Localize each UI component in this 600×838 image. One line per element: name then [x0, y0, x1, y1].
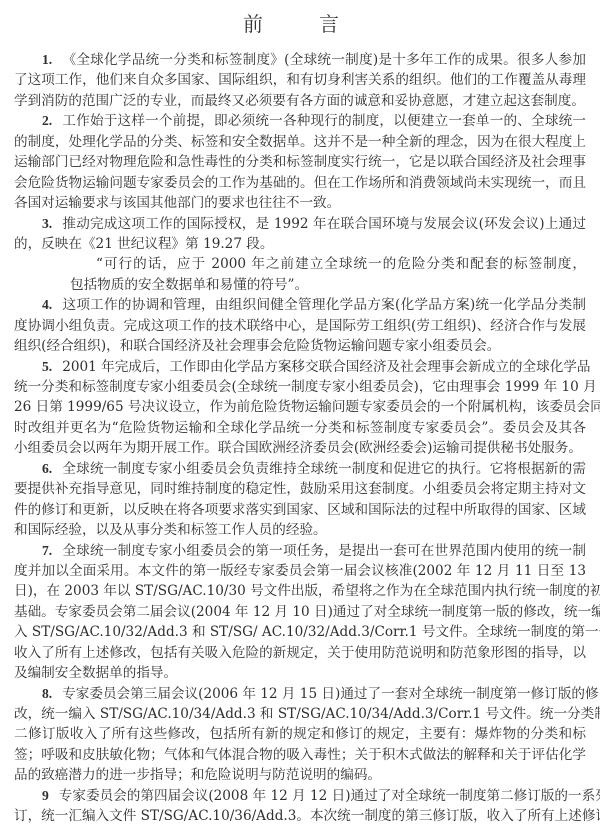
paragraph-line: 8.专家委员会第三届会议(2006 年 12 月 15 日)通过了一套对全球统一… [14, 684, 586, 704]
line-text: 小组委员会以两年为期开展工作。联合国欧洲经济委员会(欧洲经委会)运输司提供秘书处… [14, 440, 582, 456]
paragraph-number: 8. [42, 686, 52, 701]
line-text: 日)，在 2003 年以 ST/SG/AC.10/30 号文件出版，希望将之作为… [14, 583, 600, 599]
line-text: 品的致癌潜力的进一步指导；和危险说明与防范说明的编码。 [14, 767, 381, 783]
paragraph-line: 订，统一汇编入文件 ST/SG/AC.10/36/Add.3。本次统一制度的第三… [14, 806, 586, 826]
paragraph-number: 4. [42, 297, 52, 312]
paragraph-8: 8.专家委员会第三届会议(2006 年 12 月 15 日)通过了一套对全球统一… [14, 684, 586, 786]
line-text: 收入了所有上述修改，包括有关吸入危险的新规定，关于使用防范说明和防范象形图的指导… [14, 645, 586, 661]
line-text: 全球统一制度专家小组委员会的第一项任务，是提出一套可在世界范围内使用的统一制 [62, 543, 586, 559]
paragraph-line: 了这项工作，他们来自众多国家、国际组织，和有切身利害关系的组织。他们的工作覆盖从… [14, 70, 586, 90]
line-text: 了这项工作，他们来自众多国家、国际组织，和有切身利害关系的组织。他们的工作覆盖从… [14, 72, 586, 88]
line-text: 的，反映在《21 世纪议程》第 19.27 段。 [14, 236, 274, 252]
paragraph-line: 各国对运输要求与该国其他部门的要求也往往不一致。 [14, 193, 586, 213]
paragraph-number: 5. [42, 359, 52, 374]
line-text: 要提供补充指导意见，同时维持制度的稳定性，鼓励采用这套制度。小组委员会将定期主持… [14, 481, 586, 497]
paragraph-line: 及编制安全数据单的指导。 [14, 663, 586, 683]
paragraph-line: 的，反映在《21 世纪议程》第 19.27 段。 [14, 234, 586, 254]
paragraph-3: 3.推动完成这项工作的国际授权，是 1992 年在联合国环境与发展会议(环发会议… [14, 214, 586, 296]
document-page: 前 言 1.《全球化学品统一分类和标签制度》(全球统一制度)是十多年工作的成果。… [0, 0, 600, 838]
line-text: 订，统一汇编入文件 ST/SG/AC.10/36/Add.3。本次统一制度的第三… [14, 808, 600, 824]
block-quote-line: “可行的话，应于 2000 年之前建立全球统一的危险分类和配套的标签制度， [14, 254, 586, 274]
line-text: 工作始于这样一个前提，即必须统一各种现行的制度，以便建立一套单一的、全球统一 [62, 113, 586, 129]
line-text: 26 日第 1999/65 号决议设立，作为前危险货物运输问题专家委员会的一个附… [14, 399, 600, 415]
line-text: 签；呼吸和皮肤敏化物；气体和气体混合物的吸入毒性；关于积木式做法的解释和关于评估… [14, 747, 586, 763]
line-text: 和国际经验，以及从事分类和标签工作人员的经验。 [14, 522, 327, 538]
paragraph-1: 1.《全球化学品统一分类和标签制度》(全球统一制度)是十多年工作的成果。很多人参… [14, 50, 586, 111]
line-text: 二修订版收入了所有这些修改，包括所有新的规定和修订的规定，主要有：爆炸物的分类和… [14, 726, 586, 742]
line-text: 入 ST/SG/AC.10/32/Add.3 和 ST/SG/ AC.10/32… [14, 624, 600, 640]
paragraph-line: 5.2001 年完成后，工作即由化学品方案移交联合国经济及社会理事会新成立的全球… [14, 357, 586, 377]
paragraph-6: 6.全球统一制度专家小组委员会负责维持全球统一制度和促进它的执行。它将根据新的需… [14, 459, 586, 541]
paragraph-line: 度并加以全面采用。本文件的第一版经专家委员会第一届会议核准(2002 年 12 … [14, 561, 586, 581]
paragraph-number: 9 [42, 788, 49, 803]
line-text: 件的修订和更新，以反映在将各项要求落实到国家、区域和国际法的过程中所取得的国家、… [14, 502, 586, 518]
paragraph-5: 5.2001 年完成后，工作即由化学品方案移交联合国经济及社会理事会新成立的全球… [14, 357, 586, 459]
paragraph-2: 2.工作始于这样一个前提，即必须统一各种现行的制度，以便建立一套单一的、全球统一… [14, 111, 586, 213]
paragraph-line: 改，统一编入 ST/SG/AC.10/34/Add.3 和 ST/SG/AC.1… [14, 704, 586, 724]
page-title: 前 言 [0, 8, 600, 37]
paragraph-line: 基础。专家委员会第二届会议(2004 年 12 月 10 日)通过了对全球统一制… [14, 602, 586, 622]
line-text: 专家委员会的第四届会议(2008 年 12 月 12 日)通过了对全球统一制度第… [59, 788, 600, 804]
line-text: 2001 年完成后，工作即由化学品方案移交联合国经济及社会理事会新成立的全球化学… [62, 359, 590, 375]
paragraph-line: 统一分类和标签制度专家小组委员会(全球统一制度专家小组委员会)，它由理事会 19… [14, 377, 586, 397]
line-text: 统一分类和标签制度专家小组委员会(全球统一制度专家小组委员会)，它由理事会 19… [14, 379, 597, 395]
paragraph-line: 小组委员会以两年为期开展工作。联合国欧洲经济委员会(欧洲经委会)运输司提供秘书处… [14, 438, 586, 458]
line-text: 专家委员会第三届会议(2006 年 12 月 15 日)通过了一套对全球统一制度… [62, 686, 598, 702]
paragraph-line: 7.全球统一制度专家小组委员会的第一项任务，是提出一套可在世界范围内使用的统一制 [14, 541, 586, 561]
paragraph-line: 学到消防的范围广泛的专业，而最终又必须要有各方面的诚意和妥协意愿，才建立起这套制… [14, 91, 586, 111]
paragraph-line: 4.这项工作的协调和管理，由组织间健全管理化学品方案(化学品方案)统一化学品分类… [14, 295, 586, 315]
line-text: 的制度，处理化学品的分类、标签和安全数据单。这并不是一种全新的理念，因为在很大程… [14, 134, 586, 150]
paragraph-4: 4.这项工作的协调和管理，由组织间健全管理化学品方案(化学品方案)统一化学品分类… [14, 295, 586, 356]
line-text: 度并加以全面采用。本文件的第一版经专家委员会第一届会议核准(2002 年 12 … [14, 563, 586, 579]
line-text: 《全球化学品统一分类和标签制度》(全球统一制度)是十多年工作的成果。很多人参加 [62, 52, 586, 68]
line-text: 学到消防的范围广泛的专业，而最终又必须要有各方面的诚意和妥协意愿，才建立起这套制… [14, 93, 585, 109]
paragraph-line: 日)，在 2003 年以 ST/SG/AC.10/30 号文件出版，希望将之作为… [14, 581, 586, 601]
paragraph-line: 签；呼吸和皮肤敏化物；气体和气体混合物的吸入毒性；关于积木式做法的解释和关于评估… [14, 745, 586, 765]
paragraph-number: 2. [42, 113, 52, 128]
line-text: 全球统一制度专家小组委员会负责维持全球统一制度和促进它的执行。它将根据新的需 [62, 461, 586, 477]
paragraph-line: 9专家委员会的第四届会议(2008 年 12 月 12 日)通过了对全球统一制度… [14, 786, 586, 806]
paragraph-line: 度协调小组负责。完成这项工作的技术联络中心，是国际劳工组织(劳工组织)、经济合作… [14, 316, 586, 336]
line-text: 及编制安全数据单的指导。 [14, 665, 177, 681]
line-text: 时改组并更名为“危险货物运输和全球化学品统一分类和标签制度专家委员会”。委员会及… [14, 420, 586, 436]
paragraph-line: 运输部门已经对物理危险和急性毒性的分类和标签制度实行统一，它是以联合国经济及社会… [14, 152, 586, 172]
line-text: 会危险货物运输问题专家委员会的工作为基础的。但在工作场所和消费领域尚未实现统一，… [14, 175, 586, 191]
paragraph-line: 的制度，处理化学品的分类、标签和安全数据单。这并不是一种全新的理念，因为在很大程… [14, 132, 586, 152]
paragraph-line: 二修订版收入了所有这些修改，包括所有新的规定和修订的规定，主要有：爆炸物的分类和… [14, 724, 586, 744]
paragraph-number: 7. [42, 543, 52, 558]
line-text: 推动完成这项工作的国际授权，是 1992 年在联合国环境与发展会议(环发会议)上… [62, 216, 586, 232]
paragraph-line: 6.全球统一制度专家小组委员会负责维持全球统一制度和促进它的执行。它将根据新的需 [14, 459, 586, 479]
line-text: 度协调小组负责。完成这项工作的技术联络中心，是国际劳工组织(劳工组织)、经济合作… [14, 318, 586, 334]
paragraph-line: 和国际经验，以及从事分类和标签工作人员的经验。 [14, 520, 586, 540]
paragraph-line: 1.《全球化学品统一分类和标签制度》(全球统一制度)是十多年工作的成果。很多人参… [14, 50, 586, 70]
paragraph-line: 2.工作始于这样一个前提，即必须统一各种现行的制度，以便建立一套单一的、全球统一 [14, 111, 586, 131]
line-text: 这项工作的协调和管理，由组织间健全管理化学品方案(化学品方案)统一化学品分类制 [62, 297, 586, 313]
paragraph-line: 收入了所有上述修改，包括有关吸入危险的新规定，关于使用防范说明和防范象形图的指导… [14, 643, 586, 663]
paragraph-line: 会危险货物运输问题专家委员会的工作为基础的。但在工作场所和消费领域尚未实现统一，… [14, 173, 586, 193]
line-text: 组织(经合组织)，和联合国经济及社会理事会危险货物运输问题专家小组委员会。 [14, 338, 500, 354]
paragraph-number: 1. [42, 52, 52, 67]
paragraph-7: 7.全球统一制度专家小组委员会的第一项任务，是提出一套可在世界范围内使用的统一制… [14, 541, 586, 684]
paragraph-line: 26 日第 1999/65 号决议设立，作为前危险货物运输问题专家委员会的一个附… [14, 397, 586, 417]
paragraph-number: 6. [42, 461, 52, 476]
line-text: 基础。专家委员会第二届会议(2004 年 12 月 10 日)通过了对全球统一制… [14, 604, 600, 620]
line-text: 运输部门已经对物理危险和急性毒性的分类和标签制度实行统一，它是以联合国经济及社会… [14, 154, 586, 170]
paragraph-line: 3.推动完成这项工作的国际授权，是 1992 年在联合国环境与发展会议(环发会议… [14, 214, 586, 234]
paragraph-line: 入 ST/SG/AC.10/32/Add.3 和 ST/SG/ AC.10/32… [14, 622, 586, 642]
line-text: 改，统一编入 ST/SG/AC.10/34/Add.3 和 ST/SG/AC.1… [14, 706, 600, 722]
line-text: 各国对运输要求与该国其他部门的要求也往往不一致。 [14, 195, 340, 211]
paragraph-line: 件的修订和更新，以反映在将各项要求落实到国家、区域和国际法的过程中所取得的国家、… [14, 500, 586, 520]
paragraph-number: 3. [42, 216, 52, 231]
block-quote-line: 包括物质的安全数据单和易懂的符号”。 [14, 275, 586, 295]
paragraph-line: 组织(经合组织)，和联合国经济及社会理事会危险货物运输问题专家小组委员会。 [14, 336, 586, 356]
document-body: 1.《全球化学品统一分类和标签制度》(全球统一制度)是十多年工作的成果。很多人参… [14, 50, 586, 827]
paragraph-line: 品的致癌潜力的进一步指导；和危险说明与防范说明的编码。 [14, 765, 586, 785]
paragraph-9: 9专家委员会的第四届会议(2008 年 12 月 12 日)通过了对全球统一制度… [14, 786, 586, 827]
paragraph-line: 要提供补充指导意见，同时维持制度的稳定性，鼓励采用这套制度。小组委员会将定期主持… [14, 479, 586, 499]
paragraph-line: 时改组并更名为“危险货物运输和全球化学品统一分类和标签制度专家委员会”。委员会及… [14, 418, 586, 438]
